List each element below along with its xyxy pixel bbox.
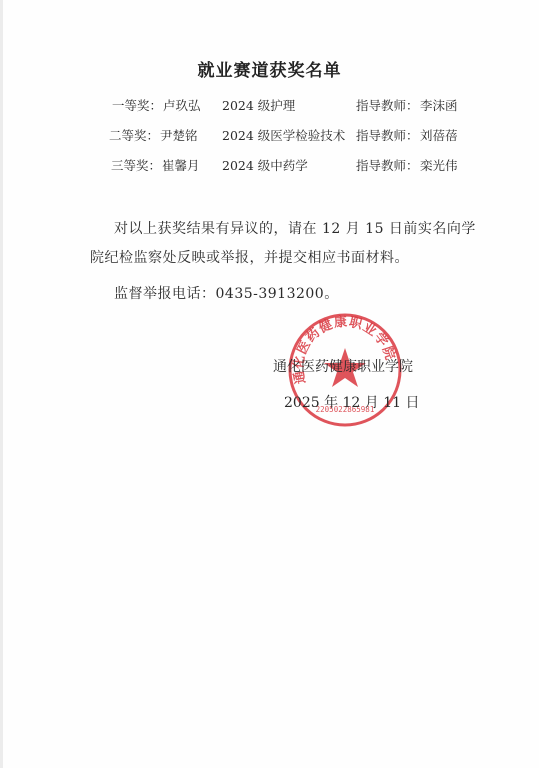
award-program: 2024 级医学检验技术 — [222, 126, 345, 144]
scan-page-edge — [0, 0, 3, 768]
advisor-label: 指导教师： — [356, 156, 419, 174]
award-winner: 卢玖弘 — [163, 96, 201, 114]
signature-organization: 通化医药健康职业学院 — [273, 356, 413, 376]
notice-line-1: 对以上获奖结果有异议的，请在 12 月 15 日前实名向学 — [114, 215, 510, 244]
award-row-first: 一等奖： 卢玖弘 2024 级护理 指导教师： 李沫函 — [0, 96, 539, 114]
advisor-name: 栾光伟 — [420, 156, 458, 174]
signature-date: 2025 年 12 月 11 日 — [284, 392, 420, 412]
advisor-name: 李沫函 — [420, 96, 458, 114]
award-row-second: 二等奖： 尹楚铭 2024 级医学检验技术 指导教师： 刘蓓蓓 — [0, 126, 539, 144]
award-winner: 崔馨月 — [162, 156, 200, 174]
award-winner: 尹楚铭 — [160, 126, 198, 144]
award-program: 2024 级护理 — [222, 96, 295, 114]
award-rank: 二等奖： — [109, 126, 159, 144]
advisor-name: 刘蓓蓓 — [420, 126, 458, 144]
notice-line-2: 院纪检监察处反映或举报，并提交相应书面材料。 — [90, 244, 510, 273]
hotline-text: 监督举报电话：0435-3913200。 — [114, 280, 339, 309]
award-row-third: 三等奖： 崔馨月 2024 级中药学 指导教师： 栾光伟 — [0, 156, 539, 174]
award-rank: 三等奖： — [111, 156, 161, 174]
award-program: 2024 级中药学 — [222, 156, 308, 174]
advisor-label: 指导教师： — [356, 126, 419, 144]
document-title: 就业赛道获奖名单 — [0, 56, 539, 81]
advisor-label: 指导教师： — [356, 96, 419, 114]
objection-notice: 对以上获奖结果有异议的，请在 12 月 15 日前实名向学 院纪检监察处反映或举… — [90, 215, 510, 273]
award-rank: 一等奖： — [112, 96, 162, 114]
